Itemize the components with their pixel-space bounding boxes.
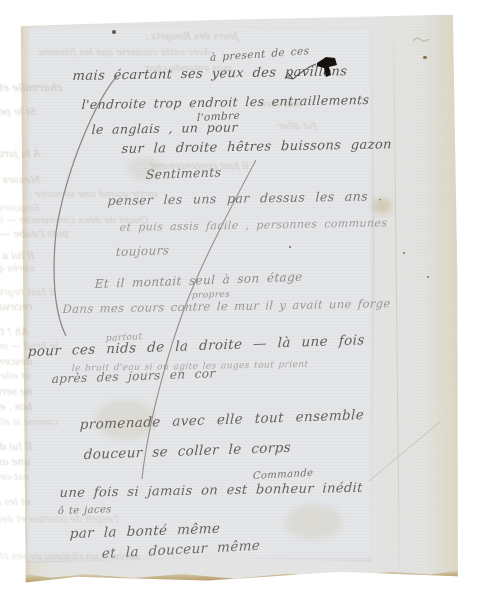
foxing-stain <box>372 198 392 214</box>
foxing-stain <box>286 505 342 539</box>
paper-speck <box>427 276 429 278</box>
paper-speck <box>423 56 427 59</box>
manuscript-scan-photo: Jours des Rougets ;Avec cette causerie q… <box>0 0 486 599</box>
foxing-stain <box>96 400 156 440</box>
deckle-edge <box>25 565 461 586</box>
manuscript-slip <box>26 27 375 564</box>
paper-speck <box>289 246 291 248</box>
foxing-stain <box>128 158 162 180</box>
paper-speck <box>112 30 116 34</box>
vertical-crease <box>393 19 400 571</box>
bleedthrough-line: est-ce que dehors fallait que — et tous <box>0 472 29 483</box>
paper-speck <box>403 252 405 254</box>
